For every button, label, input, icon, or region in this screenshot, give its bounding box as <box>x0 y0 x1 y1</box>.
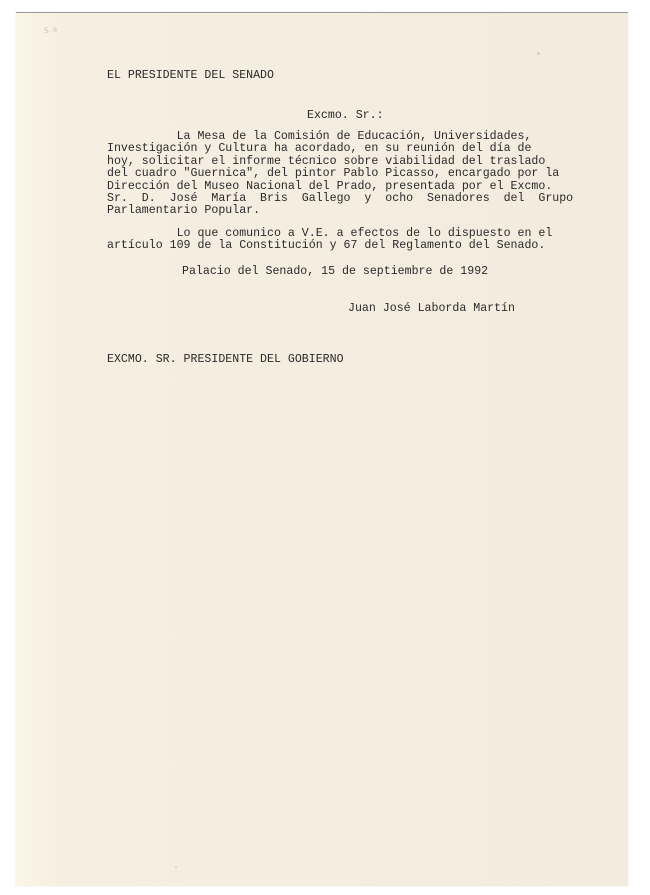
body-line: del cuadro "Guernica", del pintor Pablo … <box>107 168 527 180</box>
body-line: artículo 109 de la Constitución y 67 del… <box>107 240 527 252</box>
place-and-date: Palacio del Senado, 15 de septiembre de … <box>182 266 488 278</box>
sender-heading: EL PRESIDENTE DEL SENADO <box>107 70 274 82</box>
paper-speck <box>175 866 177 868</box>
body-paragraph-2: Lo que comunico a V.E. a efectos de lo d… <box>107 228 527 253</box>
body-line: Parlamentario Popular. <box>107 205 527 217</box>
body-paragraph-1: La Mesa de la Comisión de Educación, Uni… <box>107 131 527 218</box>
signature-name: Juan José Laborda Martín <box>348 303 515 315</box>
paper-speck <box>537 52 540 55</box>
recipient: EXCMO. SR. PRESIDENTE DEL GOBIERNO <box>107 354 344 366</box>
salutation: Excmo. Sr.: <box>307 110 384 122</box>
body-line: Investigación y Cultura ha acordado, en … <box>107 143 527 155</box>
